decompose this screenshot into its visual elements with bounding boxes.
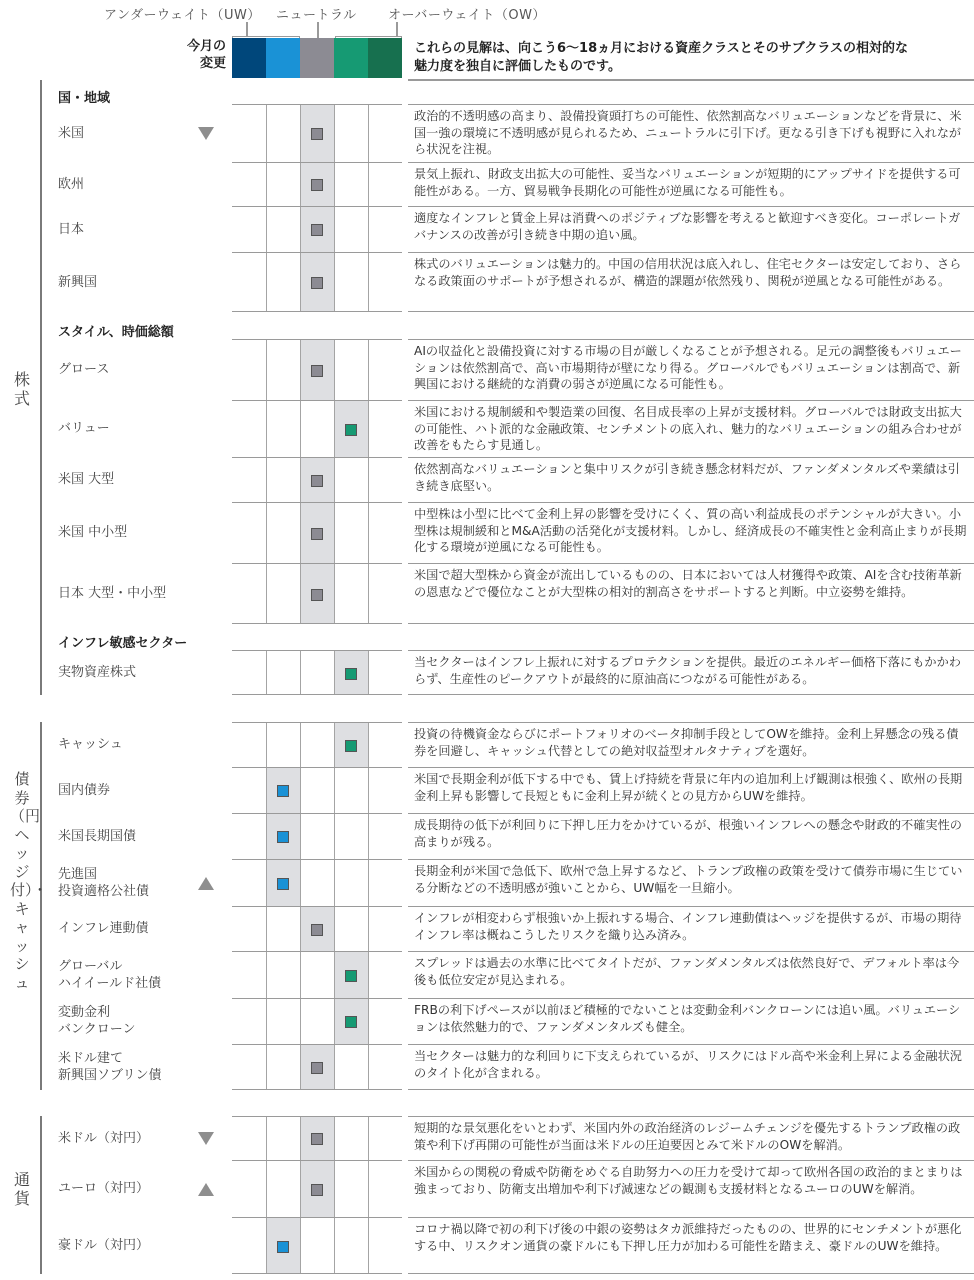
row-label: 先進国 投資適格公社債 (58, 866, 149, 900)
legend-neutral-label: ニュートラル (276, 4, 357, 23)
rating-marker-icon (311, 179, 323, 191)
rating-cell-5 (368, 907, 402, 951)
rating-cell-4 (334, 458, 368, 502)
grid-divider (300, 503, 301, 563)
table-row: 米国 大型依然割高なバリュエーションと集中リスクが引き続き懸念材料だが、ファンダ… (0, 457, 974, 502)
rating-cell-3 (300, 907, 334, 951)
grid-divider (368, 207, 369, 252)
monthly-change-line2: 変更 (150, 55, 226, 72)
grid-divider (266, 458, 267, 502)
rating-marker-icon (345, 424, 357, 436)
grid-divider (334, 503, 335, 563)
row-description: コロナ禍以降で初の利下げ後の中銀の姿勢はタカ派維持だったものの、世界的にセンチメ… (408, 1217, 974, 1274)
grid-divider (266, 401, 267, 457)
rating-cell-2 (266, 814, 300, 859)
grid-divider (300, 207, 301, 252)
grid-divider (368, 253, 369, 311)
rating-cell-5 (368, 340, 402, 400)
rating-cell-4 (334, 1117, 368, 1160)
row-description: 依然割高なバリュエーションと集中リスクが引き続き懸念材料だが、ファンダメンタルズ… (408, 457, 974, 502)
rating-marker-icon (311, 475, 323, 487)
grid-divider (266, 253, 267, 311)
rating-marker-icon (311, 1184, 323, 1196)
rating-cell-1 (232, 340, 266, 400)
row-label: 欧州 (58, 176, 84, 193)
scale-swatch-ow (334, 38, 368, 78)
rating-cell-2 (266, 105, 300, 162)
rating-grid (232, 1044, 402, 1090)
grid-divider (334, 651, 335, 694)
rating-marker-icon (311, 589, 323, 601)
grid-divider (334, 401, 335, 457)
grid-divider (266, 503, 267, 563)
table-row: 米国政治的不透明感の高まり、設備投資頭打ちの可能性、依然割高なバリュエーションな… (0, 104, 974, 162)
grid-divider (300, 723, 301, 767)
grid-divider (266, 564, 267, 623)
row-label: バリュー (58, 420, 110, 437)
table-row: バリュー米国における規制緩和や製造業の回復、名目成長率の上昇が支援材料。グローバ… (0, 400, 974, 457)
rating-cell-5 (368, 503, 402, 563)
grid-divider (300, 814, 301, 859)
grid-divider (266, 1045, 267, 1089)
rating-cell-4 (334, 207, 368, 252)
row-description: 中型株は小型に比べて金利上昇の影響を受けにくく、質の高い利益成長のポテンシャルが… (408, 502, 974, 563)
rating-cell-1 (232, 253, 266, 311)
rating-grid (232, 767, 402, 813)
grid-divider (266, 768, 267, 813)
rating-cell-1 (232, 814, 266, 859)
rating-grid (232, 457, 402, 502)
grid-divider (266, 651, 267, 694)
rating-cell-2 (266, 458, 300, 502)
row-description: 景気上振れ、財政支出拡大の可能性、妥当なバリュエーションが短期的にアップサイドを… (408, 162, 974, 206)
grid-divider (368, 163, 369, 206)
rating-cell-5 (368, 105, 402, 162)
rating-cell-2 (266, 860, 300, 906)
grid-divider (334, 1161, 335, 1217)
rating-grid (232, 813, 402, 859)
rating-cell-4 (334, 1218, 368, 1273)
rating-grid (232, 206, 402, 252)
rating-cell-4 (334, 253, 368, 311)
rating-cell-5 (368, 253, 402, 311)
grid-divider (368, 564, 369, 623)
rating-marker-icon (311, 224, 323, 236)
row-description: 当セクターは魅力的な利回りに下支えられているが、リスクにはドル高や米金利上昇によ… (408, 1044, 974, 1090)
table-row: 米ドル（対円）短期的な景気悪化をいとわず、米国内外の政治経済のレジームチェンジを… (0, 1116, 974, 1160)
row-label: 米国 (58, 125, 84, 142)
intro-line2: 魅力度を独自に評価したものです。 (414, 58, 970, 76)
rating-grid (232, 104, 402, 162)
rating-grid (232, 998, 402, 1044)
grid-divider (334, 907, 335, 951)
row-description: AIの収益化と設備投資に対する市場の目が厳しくなることが予想される。足元の調整後… (408, 339, 974, 400)
legend-uw-tick (246, 22, 248, 36)
grid-divider (266, 207, 267, 252)
rating-cell-5 (368, 651, 402, 694)
rating-grid (232, 650, 402, 695)
rating-cell-2 (266, 1117, 300, 1160)
table-row: グローバル ハイイールド社債スプレッドは過去の水準に比べてタイトだが、ファンダメ… (0, 951, 974, 998)
grid-divider (334, 814, 335, 859)
grid-divider (266, 860, 267, 906)
grid-divider (266, 1218, 267, 1273)
row-description: 米国で超大型株から資金が流出しているものの、日本においては人材獲得や政策、AIを… (408, 563, 974, 624)
grid-divider (334, 999, 335, 1044)
grid-divider (300, 458, 301, 502)
grid-divider (266, 814, 267, 859)
rating-cell-1 (232, 105, 266, 162)
rating-cell-5 (368, 768, 402, 813)
rating-marker-icon (311, 1133, 323, 1145)
grid-divider (266, 1117, 267, 1160)
legend-underweight-label: アンダーウェイト（UW） (104, 4, 261, 23)
grid-divider (334, 458, 335, 502)
rating-cell-2 (266, 1045, 300, 1089)
rating-cell-3 (300, 768, 334, 813)
rating-marker-icon (345, 740, 357, 752)
row-description: 当セクターはインフレ上振れに対するプロテクションを提供。最近のエネルギー価格下落… (408, 650, 974, 695)
rating-cell-1 (232, 207, 266, 252)
grid-divider (334, 340, 335, 400)
grid-divider (266, 340, 267, 400)
grid-divider (300, 999, 301, 1044)
grid-divider (334, 1117, 335, 1160)
grid-divider (368, 340, 369, 400)
rating-cell-5 (368, 564, 402, 623)
rating-cell-5 (368, 1117, 402, 1160)
monthly-change-heading: 今月の 変更 (150, 38, 226, 72)
grid-divider (300, 952, 301, 998)
row-description: 短期的な景気悪化をいとわず、米国内外の政治経済のレジームチェンジを優先するトラン… (408, 1116, 974, 1160)
rating-cell-2 (266, 768, 300, 813)
row-description: インフレが相変わらず根強いか上振れする場合、インフレ連動債はヘッジを提供するが、… (408, 906, 974, 951)
rating-cell-3 (300, 1117, 334, 1160)
row-description: 米国からの関税の脅威や防衛をめぐる自助努力への圧力を受けて却って欧州各国の政治的… (408, 1160, 974, 1217)
rating-cell-3 (300, 564, 334, 623)
rating-grid (232, 951, 402, 998)
grid-divider (300, 163, 301, 206)
row-label: 米ドル（対円） (58, 1130, 149, 1147)
row-description: 投資の待機資金ならびにポートフォリオのベータ抑制手段としてOWを維持。金利上昇懸… (408, 722, 974, 767)
rating-cell-5 (368, 207, 402, 252)
grid-divider (368, 999, 369, 1044)
rating-cell-3 (300, 105, 334, 162)
table-row: ユーロ（対円）米国からの関税の脅威や防衛をめぐる自助努力への圧力を受けて却って欧… (0, 1160, 974, 1217)
rating-cell-3 (300, 401, 334, 457)
grid-divider (368, 860, 369, 906)
table-row: 米国長期国債成長期待の低下が利回りに下押し圧力をかけているが、根強いインフレへの… (0, 813, 974, 859)
rating-grid (232, 906, 402, 951)
grid-divider (334, 564, 335, 623)
rating-cell-1 (232, 907, 266, 951)
table-row: 米国 中小型中型株は小型に比べて金利上昇の影響を受けにくく、質の高い利益成長のポ… (0, 502, 974, 563)
row-label: 日本 (58, 221, 84, 238)
row-label: ユーロ（対円） (58, 1180, 149, 1197)
grid-divider (368, 1161, 369, 1217)
table-row: 豪ドル（対円）コロナ禍以降で初の利下げ後の中銀の姿勢はタカ派維持だったものの、世… (0, 1217, 974, 1274)
grid-divider (266, 907, 267, 951)
rating-cell-1 (232, 401, 266, 457)
legend-neutral-tick (317, 22, 319, 38)
row-description: FRBの利下げペースが以前ほど積極的でないことは変動金利バンクローンには追い風。… (408, 998, 974, 1044)
rating-marker-icon (277, 785, 289, 797)
rating-cell-2 (266, 1161, 300, 1217)
grid-divider (334, 207, 335, 252)
grid-divider (368, 952, 369, 998)
rating-grid (232, 339, 402, 400)
legend-overweight-label: オーバーウェイト（OW） (388, 4, 546, 23)
rating-marker-icon (311, 1062, 323, 1074)
rating-grid (232, 563, 402, 624)
grid-divider (300, 564, 301, 623)
row-description: 米国における規制緩和や製造業の回復、名目成長率の上昇が支援材料。グローバルでは財… (408, 400, 974, 457)
rating-cell-3 (300, 503, 334, 563)
row-description: 米国で長期金利が低下する中でも、賃上げ持続を背景に年内の追加利上げ観測は根強く、… (408, 767, 974, 813)
rating-cell-5 (368, 1218, 402, 1273)
rating-cell-2 (266, 253, 300, 311)
rating-grid (232, 252, 402, 312)
rating-cell-1 (232, 651, 266, 694)
rating-cell-2 (266, 503, 300, 563)
rating-cell-5 (368, 860, 402, 906)
grid-divider (266, 999, 267, 1044)
rating-cell-5 (368, 814, 402, 859)
grid-divider (334, 768, 335, 813)
grid-divider (300, 1218, 301, 1273)
grid-divider (300, 401, 301, 457)
rating-marker-icon (277, 831, 289, 843)
grid-divider (300, 1045, 301, 1089)
triangle-up-icon (198, 877, 214, 890)
row-description: スプレッドは過去の水準に比べてタイトだが、ファンダメンタルズは依然良好で、デフォ… (408, 951, 974, 998)
rating-marker-icon (345, 970, 357, 982)
rating-cell-4 (334, 768, 368, 813)
rating-cell-4 (334, 952, 368, 998)
grid-divider (368, 814, 369, 859)
rating-cell-4 (334, 503, 368, 563)
rating-grid (232, 1217, 402, 1274)
rating-cell-5 (368, 723, 402, 767)
scale-swatch-strong-ow (368, 38, 402, 78)
legend-ow-tick (396, 22, 398, 36)
rating-cell-4 (334, 999, 368, 1044)
rating-marker-icon (277, 878, 289, 890)
rating-cell-4 (334, 105, 368, 162)
table-row: 日本 大型・中小型米国で超大型株から資金が流出しているものの、日本においては人材… (0, 563, 974, 624)
rating-cell-2 (266, 952, 300, 998)
table-row: グロースAIの収益化と設備投資に対する市場の目が厳しくなることが予想される。足元… (0, 339, 974, 400)
rating-marker-icon (311, 365, 323, 377)
rating-cell-1 (232, 1117, 266, 1160)
rating-cell-4 (334, 907, 368, 951)
rating-grid (232, 502, 402, 563)
table-row: 欧州景気上振れ、財政支出拡大の可能性、妥当なバリュエーションが短期的にアップサイ… (0, 162, 974, 206)
rating-marker-icon (311, 924, 323, 936)
grid-divider (266, 105, 267, 162)
grid-divider (334, 163, 335, 206)
grid-divider (368, 768, 369, 813)
rating-grid (232, 859, 402, 906)
rating-cell-3 (300, 458, 334, 502)
grid-divider (368, 1117, 369, 1160)
grid-divider (334, 1218, 335, 1273)
rating-cell-4 (334, 401, 368, 457)
grid-divider (368, 1045, 369, 1089)
row-label: 新興国 (58, 274, 97, 291)
rating-cell-5 (368, 163, 402, 206)
table-row: 国内債券米国で長期金利が低下する中でも、賃上げ持続を背景に年内の追加利上げ観測は… (0, 767, 974, 813)
rating-cell-1 (232, 723, 266, 767)
rating-cell-4 (334, 651, 368, 694)
rating-cell-1 (232, 163, 266, 206)
row-label: 国内債券 (58, 782, 110, 799)
grid-divider (368, 1218, 369, 1273)
rating-cell-2 (266, 401, 300, 457)
table-row: 先進国 投資適格公社債長期金利が米国で急低下、欧州で急上昇するなど、トランプ政権… (0, 859, 974, 906)
scale-swatch-strong-uw (232, 38, 266, 78)
rating-cell-4 (334, 340, 368, 400)
intro-line1: これらの見解は、向こう6～18ヵ月における資産クラスとそのサブクラスの相対的な (414, 40, 970, 58)
rating-cell-2 (266, 564, 300, 623)
rating-cell-4 (334, 1161, 368, 1217)
row-label: グローバル ハイイールド社債 (58, 958, 161, 992)
row-description: 政治的不透明感の高まり、設備投資頭打ちの可能性、依然割高なバリュエーションなどを… (408, 104, 974, 162)
row-label: キャッシュ (58, 736, 123, 753)
rating-cell-1 (232, 1218, 266, 1273)
rating-cell-1 (232, 503, 266, 563)
intro-text: これらの見解は、向こう6～18ヵ月における資産クラスとそのサブクラスの相対的な … (414, 40, 970, 76)
rating-marker-icon (345, 1016, 357, 1028)
rating-cell-3 (300, 999, 334, 1044)
grid-divider (368, 651, 369, 694)
grid-divider (334, 860, 335, 906)
row-label: 米国 大型 (58, 471, 114, 488)
rating-grid (232, 1116, 402, 1160)
row-description: 長期金利が米国で急低下、欧州で急上昇するなど、トランプ政権の政策を受けて債券市場… (408, 859, 974, 906)
row-description: 成長期待の低下が利回りに下押し圧力をかけているが、根強いインフレへの懸念や財政的… (408, 813, 974, 859)
grid-divider (334, 952, 335, 998)
grid-divider (300, 105, 301, 162)
rating-cell-3 (300, 723, 334, 767)
row-label: 変動金利 バンクローン (58, 1004, 135, 1038)
rating-cell-3 (300, 340, 334, 400)
grid-divider (368, 907, 369, 951)
rating-cell-3 (300, 814, 334, 859)
rating-cell-1 (232, 1161, 266, 1217)
table-row: インフレ連動債インフレが相変わらず根強いか上振れする場合、インフレ連動債はヘッジ… (0, 906, 974, 951)
row-description: 適度なインフレと賃金上昇は消費へのポジティブな影響を考えると歓迎すべき変化。コー… (408, 206, 974, 252)
rating-grid (232, 1160, 402, 1217)
grid-divider (300, 253, 301, 311)
rating-cell-5 (368, 1161, 402, 1217)
rating-cell-1 (232, 860, 266, 906)
grid-divider (368, 401, 369, 457)
row-label: 実物資産株式 (58, 664, 136, 681)
rating-cell-3 (300, 651, 334, 694)
rating-cell-3 (300, 860, 334, 906)
grid-divider (334, 1045, 335, 1089)
grid-divider (334, 723, 335, 767)
rating-grid (232, 722, 402, 767)
grid-divider (266, 1161, 267, 1217)
rating-cell-5 (368, 999, 402, 1044)
grid-divider (300, 1117, 301, 1160)
row-label: 豪ドル（対円） (58, 1237, 149, 1254)
rating-cell-3 (300, 1218, 334, 1273)
grid-divider (334, 105, 335, 162)
rating-cell-2 (266, 207, 300, 252)
table-row: 変動金利 バンクローンFRBの利下げペースが以前ほど積極的でないことは変動金利バ… (0, 998, 974, 1044)
scale-swatch-neutral (300, 38, 334, 78)
rating-marker-icon (311, 128, 323, 140)
row-label: 米国 中小型 (58, 524, 127, 541)
rating-cell-2 (266, 999, 300, 1044)
group-heading-style-cap: スタイル、時価総額 (58, 321, 174, 340)
rating-cell-3 (300, 207, 334, 252)
grid-divider (300, 1161, 301, 1217)
rating-cell-1 (232, 768, 266, 813)
rating-cell-2 (266, 907, 300, 951)
rating-grid (232, 400, 402, 457)
grid-divider (300, 907, 301, 951)
triangle-down-icon (198, 127, 214, 140)
row-description: 株式のバリュエーションは魅力的。中国の信用状況は底入れし、住宅セクターは安定して… (408, 252, 974, 312)
grid-divider (300, 340, 301, 400)
row-label: インフレ連動債 (58, 920, 148, 937)
rating-cell-5 (368, 1045, 402, 1089)
triangle-up-icon (198, 1183, 214, 1196)
rating-cell-4 (334, 564, 368, 623)
rating-cell-1 (232, 564, 266, 623)
rating-cell-3 (300, 253, 334, 311)
table-row: キャッシュ投資の待機資金ならびにポートフォリオのベータ抑制手段としてOWを維持。… (0, 722, 974, 767)
rating-cell-2 (266, 651, 300, 694)
rating-cell-5 (368, 952, 402, 998)
rating-cell-3 (300, 1161, 334, 1217)
row-label: 日本 大型・中小型 (58, 585, 166, 602)
grid-divider (300, 860, 301, 906)
rating-cell-2 (266, 340, 300, 400)
rating-cell-4 (334, 163, 368, 206)
rating-cell-4 (334, 1045, 368, 1089)
row-label: 米国長期国債 (58, 828, 136, 845)
grid-divider (368, 723, 369, 767)
rating-cell-2 (266, 723, 300, 767)
rating-cell-1 (232, 952, 266, 998)
table-row: 新興国株式のバリュエーションは魅力的。中国の信用状況は底入れし、住宅セクターは安… (0, 252, 974, 312)
grid-divider (300, 651, 301, 694)
scale-swatch-uw (266, 38, 300, 78)
grid-divider (368, 503, 369, 563)
rating-cell-4 (334, 723, 368, 767)
rating-grid (232, 162, 402, 206)
table-row: 米ドル建て 新興国ソブリン債当セクターは魅力的な利回りに下支えられているが、リス… (0, 1044, 974, 1090)
rating-cell-2 (266, 163, 300, 206)
rating-cell-3 (300, 952, 334, 998)
rating-cell-2 (266, 1218, 300, 1273)
grid-divider (266, 723, 267, 767)
table-row: 日本適度なインフレと賃金上昇は消費へのポジティブな影響を考えると歓迎すべき変化。… (0, 206, 974, 252)
row-label: 米ドル建て 新興国ソブリン債 (58, 1050, 161, 1084)
rating-cell-1 (232, 999, 266, 1044)
grid-divider (334, 253, 335, 311)
rating-cell-4 (334, 814, 368, 859)
rating-cell-3 (300, 1045, 334, 1089)
group-heading-inflation-sensitive: インフレ敏感セクター (58, 632, 187, 651)
grid-divider (266, 952, 267, 998)
rating-cell-1 (232, 1045, 266, 1089)
